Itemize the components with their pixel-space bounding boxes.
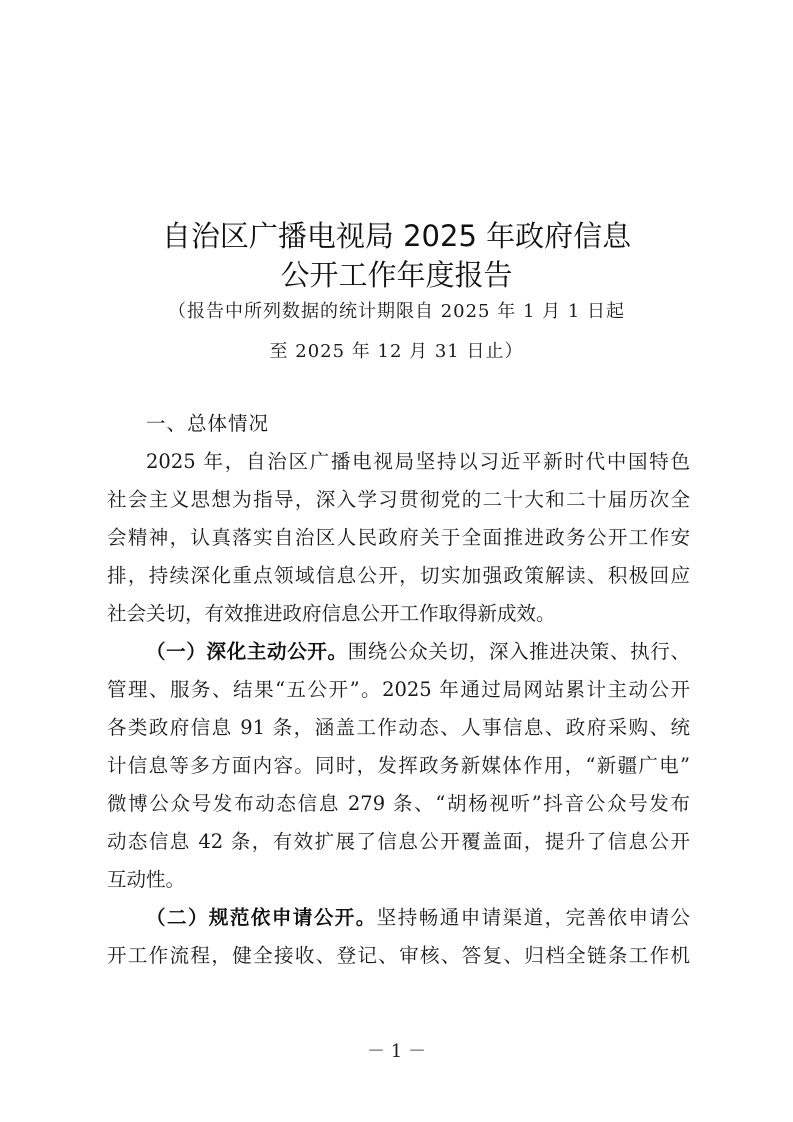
subsection-1-first-line: （一）深化主动公开。围绕公众关切，深入推进决策、执行、 (146, 637, 690, 667)
report-period-note-line-2: 至 2025 年 12 月 31 日止） (0, 340, 793, 364)
paragraph-line: 各类政府信息 91 条，涵盖工作动态、人事信息、政府采购、统 (107, 713, 690, 743)
subsection-heading-request-disclosure: （二）规范依申请公开。 (146, 906, 377, 929)
paragraph-line: 会精神，认真落实自治区人民政府关于全面推进政务公开工作安 (107, 523, 690, 553)
paragraph-text: 坚持畅通申请渠道，完善依申请公 (377, 906, 690, 929)
section-heading-overview: 一、总体情况 (146, 409, 269, 439)
paragraph-line: 开工作流程，健全接收、登记、审核、答复、归档全链条工作机 (107, 941, 690, 971)
paragraph-line: 计信息等多方面内容。同时，发挥政务新媒体作用，“新疆广电” (107, 751, 690, 781)
report-period-note-line-1: （报告中所列数据的统计期限自 2025 年 1 月 1 日起 (0, 300, 793, 324)
subsection-2-first-line: （二）规范依申请公开。坚持畅通申请渠道，完善依申请公 (146, 903, 690, 933)
paragraph-line: 互动性。 (107, 865, 690, 895)
paragraph-line: 管理、服务、结果“五公开”。2025 年通过局网站累计主动公开 (107, 675, 690, 705)
paragraph-line: 社会关切，有效推进政府信息公开工作取得新成效。 (107, 599, 690, 629)
paragraph-line: 2025 年，自治区广播电视局坚持以习近平新时代中国特色 (146, 447, 690, 477)
report-title-line-1: 自治区广播电视局 2025 年政府信息 (0, 217, 793, 255)
subsection-heading-proactive-disclosure: （一）深化主动公开。 (146, 640, 348, 663)
paragraph-line: 动态信息 42 条，有效扩展了信息公开覆盖面，提升了信息公开 (107, 827, 690, 857)
paragraph-text: 围绕公众关切，深入推进决策、执行、 (348, 640, 690, 663)
page-number: － 1 － (0, 1040, 793, 1064)
report-title-line-2: 公开工作年度报告 (0, 256, 793, 294)
paragraph-line: 微博公众号发布动态信息 279 条、“胡杨视听”抖音公众号发布 (107, 789, 690, 819)
paragraph-line: 排，持续深化重点领域信息公开，切实加强政策解读、积极回应 (107, 561, 690, 591)
document-page: 自治区广播电视局 2025 年政府信息 公开工作年度报告 （报告中所列数据的统计… (0, 0, 793, 1122)
paragraph-line: 社会主义思想为指导，深入学习贯彻党的二十大和二十届历次全 (107, 485, 690, 515)
